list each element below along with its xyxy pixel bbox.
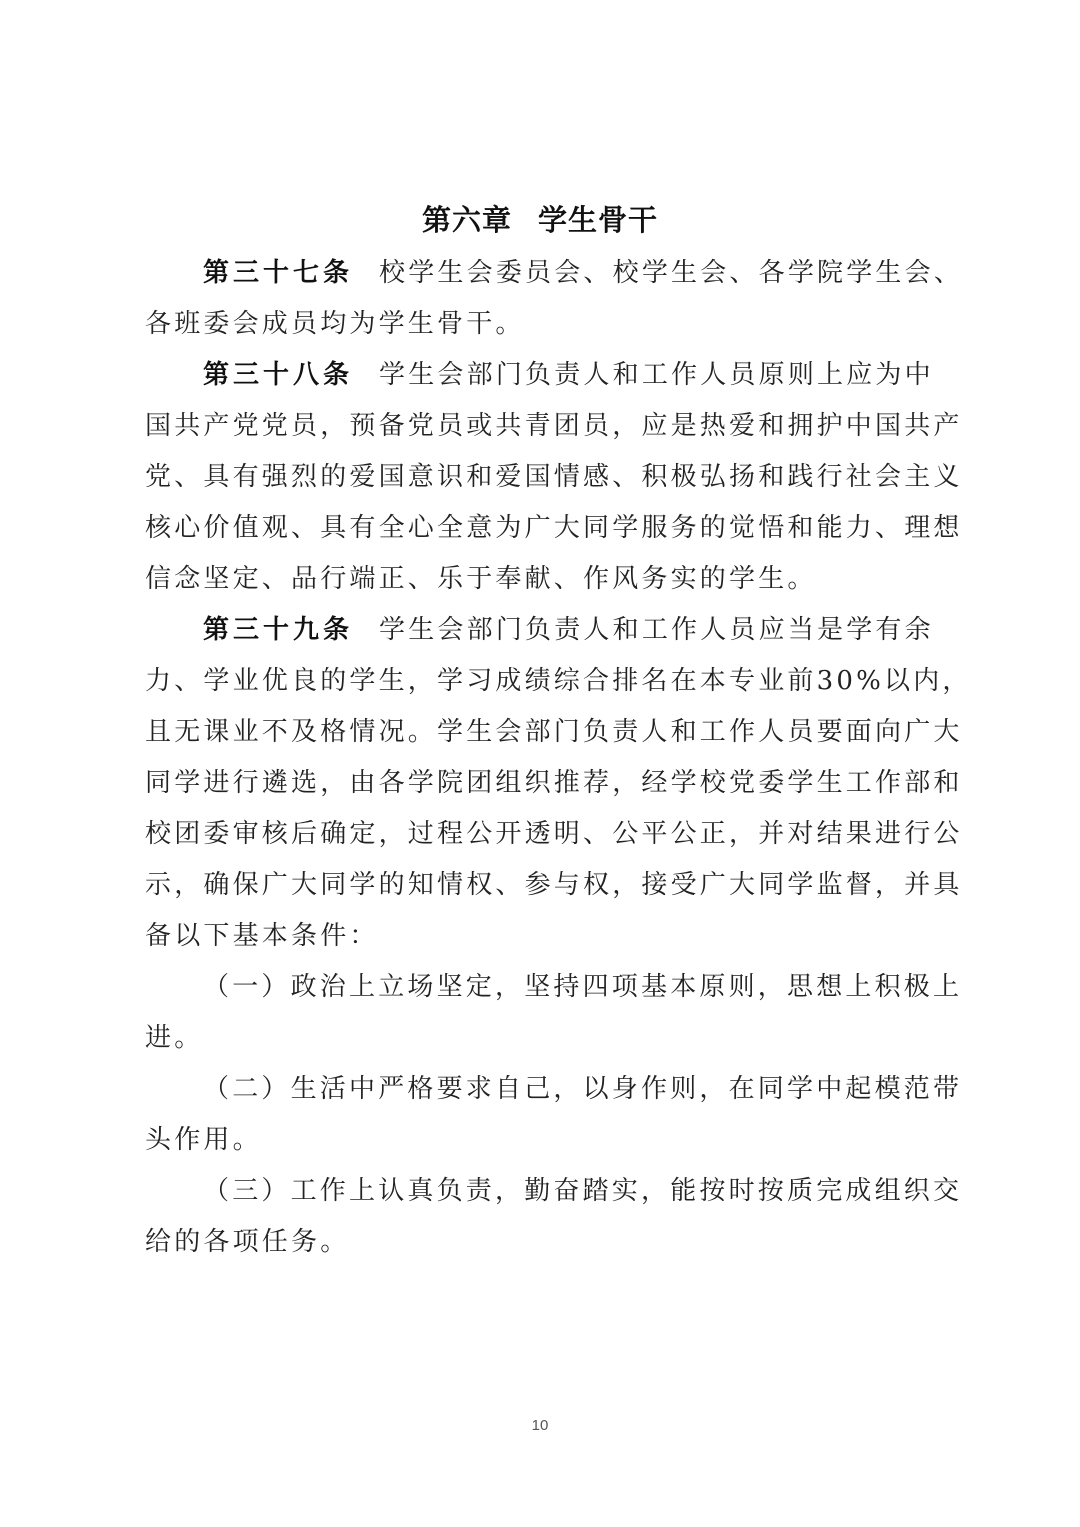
article-39-line-3: 且无课业不及格情况。学生会部门负责人和工作人员要面向广大: [145, 707, 950, 758]
chapter-number: 第六章: [422, 203, 512, 237]
article-38-line-4: 核心价值观、具有全心全意为广大同学服务的觉悟和能力、理想: [145, 503, 950, 554]
condition-2-line-2: 头作用。: [145, 1115, 950, 1166]
article-39-line-5: 校团委审核后确定，过程公开透明、公平公正，并对结果进行公: [145, 809, 950, 860]
condition-1-line-1: （一）政治上立场坚定，坚持四项基本原则，思想上积极上: [145, 962, 950, 1013]
document-body: 第三十七条校学生会委员会、校学生会、各学院学生会、 各班委会成员均为学生骨干。 …: [145, 248, 950, 1268]
article-37-line-1: 第三十七条校学生会委员会、校学生会、各学院学生会、: [145, 248, 950, 299]
article-37-line-2: 各班委会成员均为学生骨干。: [145, 299, 950, 350]
chapter-title-text: 学生骨干: [538, 203, 658, 237]
article-38-line-1: 第三十八条学生会部门负责人和工作人员原则上应为中: [145, 350, 950, 401]
article-38-line-2: 国共产党党员，预备党员或共青团员，应是热爱和拥护中国共产: [145, 401, 950, 452]
article-text: 学生会部门负责人和工作人员应当是学有余: [379, 615, 934, 645]
chapter-heading: 第六章学生骨干: [0, 198, 1080, 242]
article-39-line-6: 示，确保广大同学的知情权、参与权，接受广大同学监督，并具: [145, 860, 950, 911]
document-page: 第六章学生骨干 第三十七条校学生会委员会、校学生会、各学院学生会、 各班委会成员…: [0, 0, 1080, 1527]
page-number: 10: [0, 1417, 1080, 1434]
article-39-line-7: 备以下基本条件：: [145, 911, 950, 962]
article-number: 第三十八条: [203, 360, 353, 390]
article-39-line-2: 力、学业优良的学生，学习成绩综合排名在本专业前30%以内，: [145, 656, 950, 707]
article-text: 学生会部门负责人和工作人员原则上应为中: [379, 360, 934, 390]
article-text: 校学生会委员会、校学生会、各学院学生会、: [379, 258, 963, 288]
condition-3-line-1: （三）工作上认真负责，勤奋踏实，能按时按质完成组织交: [145, 1166, 950, 1217]
article-38-line-3: 党、具有强烈的爱国意识和爱国情感、积极弘扬和践行社会主义: [145, 452, 950, 503]
condition-1-line-2: 进。: [145, 1013, 950, 1064]
article-38-line-5: 信念坚定、品行端正、乐于奉献、作风务实的学生。: [145, 554, 950, 605]
article-39-line-4: 同学进行遴选，由各学院团组织推荐，经学校党委学生工作部和: [145, 758, 950, 809]
condition-3-line-2: 给的各项任务。: [145, 1217, 950, 1268]
article-number: 第三十九条: [203, 615, 353, 645]
article-number: 第三十七条: [203, 258, 353, 288]
condition-2-line-1: （二）生活中严格要求自己，以身作则，在同学中起模范带: [145, 1064, 950, 1115]
article-39-line-1: 第三十九条学生会部门负责人和工作人员应当是学有余: [145, 605, 950, 656]
